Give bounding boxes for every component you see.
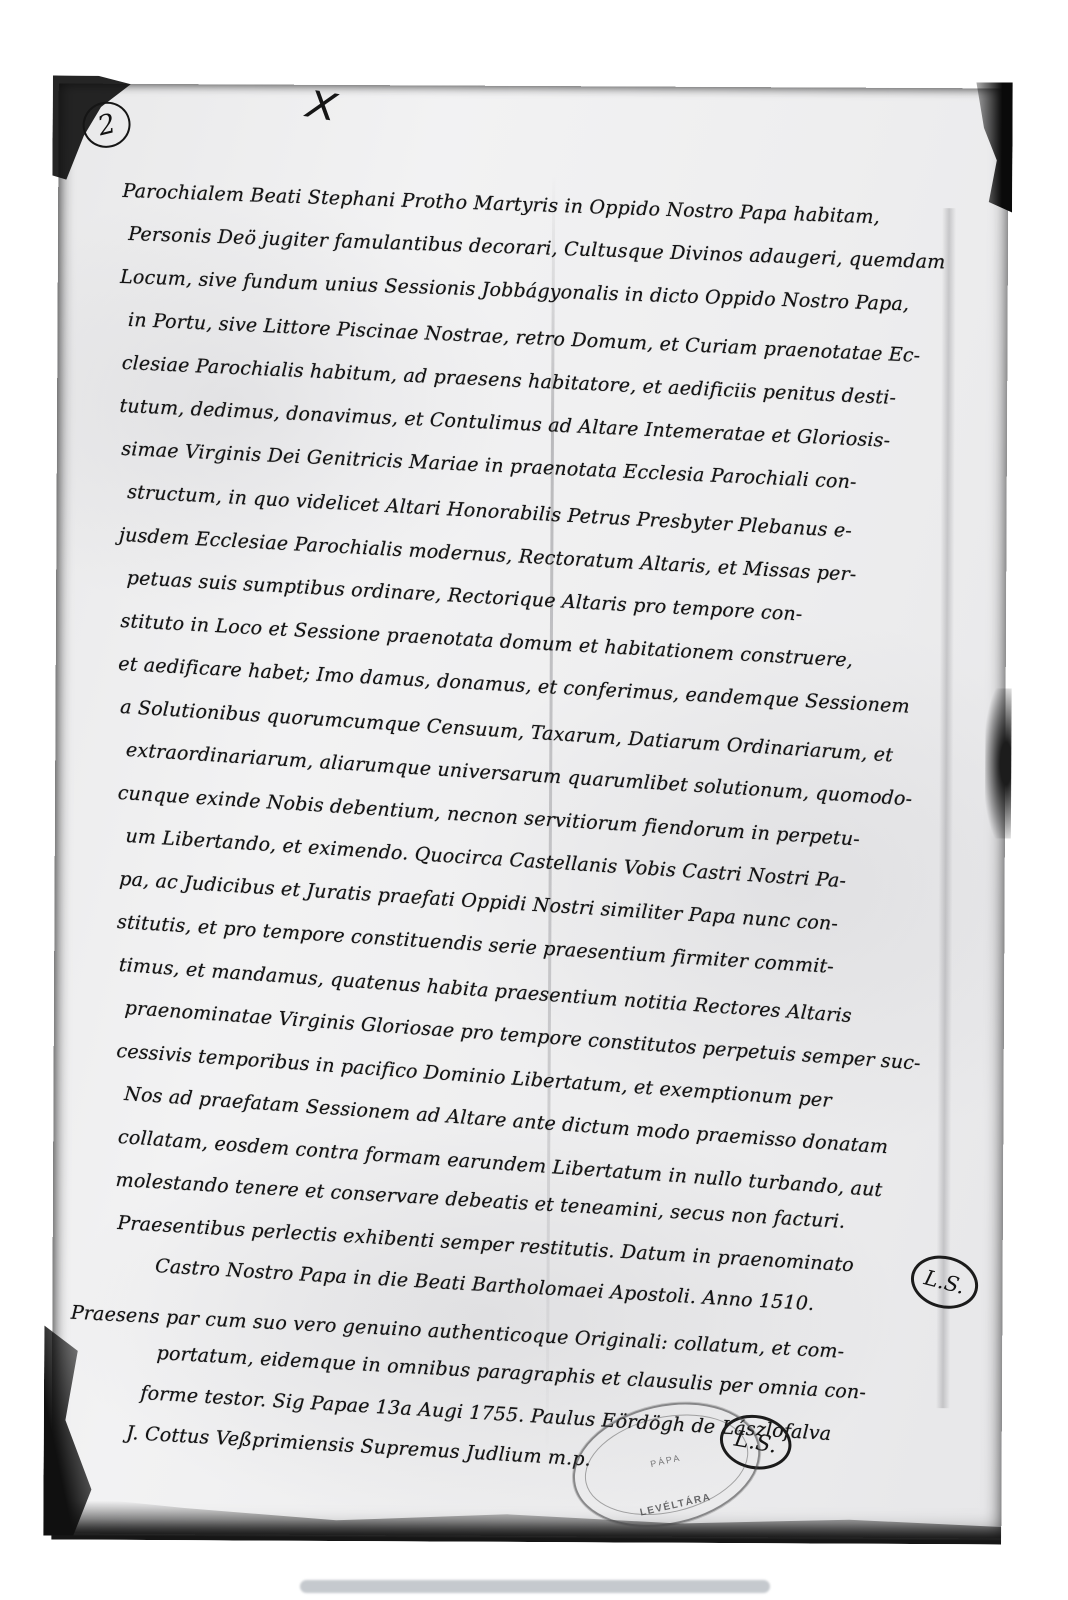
x-mark: X [303,83,340,131]
attestation-block: Praesens par cum suo vero genuino authen… [116,1302,1017,1467]
manuscript-page: 2 X Parochialem Beati Stephani Protho Ma… [51,84,1009,1539]
page-number-circled: 2 [78,97,136,153]
torn-edge-right [985,688,1012,838]
scanner-artifact-bar [300,1580,770,1593]
page-number-text: 2 [95,108,119,142]
scanned-document: 2 X Parochialem Beati Stephani Protho Ma… [0,0,1068,1600]
seal-text: L.S. [922,1265,968,1298]
manuscript-body: Parochialem Beati Stephani Protho Martyr… [116,180,982,1302]
